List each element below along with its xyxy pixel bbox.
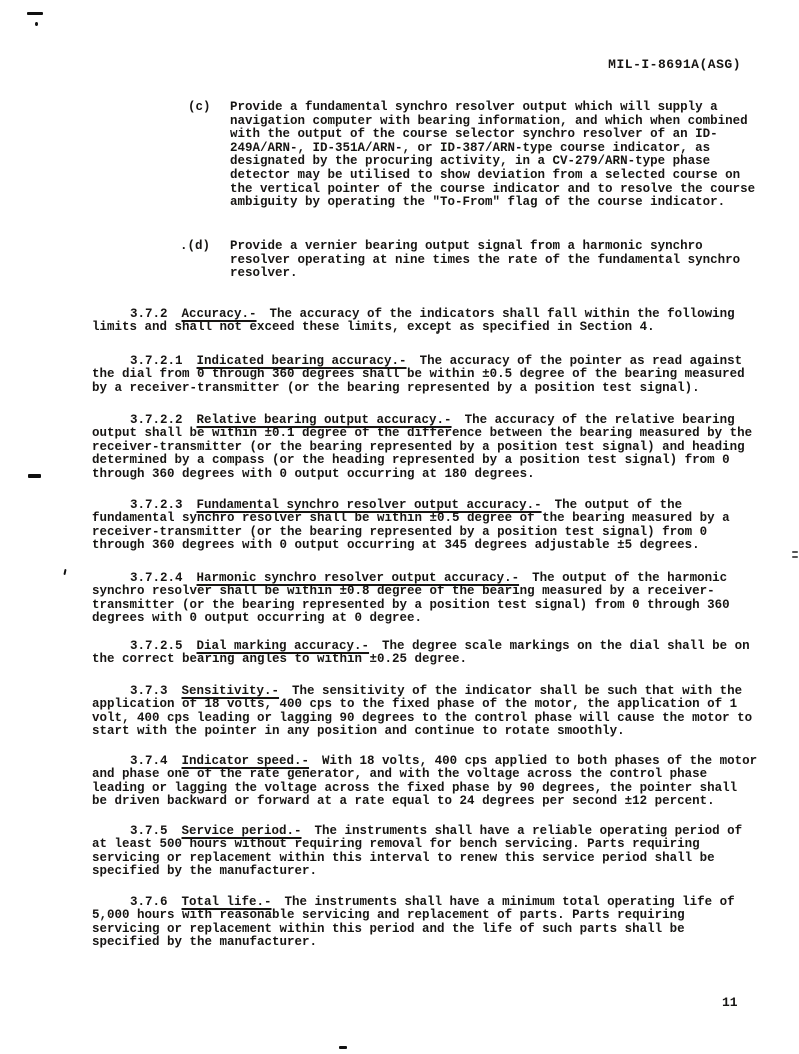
section-heading: Fundamental synchro resolver output accu… <box>197 498 542 512</box>
section-heading: Indicator speed.- <box>182 754 310 768</box>
clause-text: Provide a fundamental synchro resolver o… <box>230 101 760 210</box>
scan-artifact-mark <box>792 551 798 553</box>
section-number: 3.7.2.5 <box>130 639 183 653</box>
clause-label: .(d) <box>180 240 210 254</box>
section-heading: Total life.- <box>182 895 272 909</box>
scan-artifact-dot <box>35 22 38 26</box>
section-heading: Dial marking accuracy.- <box>197 639 370 653</box>
section-3-7-6: 3.7.6Total life.-The instruments shall h… <box>92 896 758 950</box>
section-3-7-2-5: 3.7.2.5Dial marking accuracy.-The degree… <box>92 640 758 667</box>
section-number: 3.7.2.1 <box>130 354 183 368</box>
section-number: 3.7.6 <box>130 895 168 909</box>
clause-d: .(d) Provide a vernier bearing output si… <box>180 240 765 281</box>
section-heading: Indicated bearing accuracy.- <box>197 354 407 368</box>
section-number: 3.7.3 <box>130 684 168 698</box>
section-number: 3.7.2.4 <box>130 571 183 585</box>
clause-c: (c) Provide a fundamental synchro resolv… <box>188 101 773 210</box>
section-number: 3.7.2.3 <box>130 498 183 512</box>
page-number: 11 <box>722 996 738 1010</box>
scan-artifact-tick <box>63 569 66 575</box>
section-heading: Harmonic synchro resolver output accurac… <box>197 571 520 585</box>
section-number: 3.7.5 <box>130 824 168 838</box>
section-heading: Accuracy.- <box>182 307 257 321</box>
section-number: 3.7.2.2 <box>130 413 183 427</box>
scanned-document-page: MIL-I-8691A(ASG) (c) Provide a fundament… <box>0 0 799 1054</box>
section-heading: Service period.- <box>182 824 302 838</box>
clause-text: Provide a vernier bearing output signal … <box>230 240 760 281</box>
scan-artifact-dot <box>339 1046 347 1049</box>
clause-label: (c) <box>188 101 211 115</box>
section-heading: Relative bearing output accuracy.- <box>197 413 452 427</box>
scan-artifact-dash <box>27 12 43 15</box>
section-3-7-2-2: 3.7.2.2Relative bearing output accuracy.… <box>92 414 758 482</box>
section-body: The degree scale markings on the dial sh… <box>92 639 750 667</box>
section-heading: Sensitivity.- <box>182 684 280 698</box>
section-3-7-4: 3.7.4Indicator speed.-With 18 volts, 400… <box>92 755 758 809</box>
section-number: 3.7.4 <box>130 754 168 768</box>
document-number: MIL-I-8691A(ASG) <box>608 58 741 72</box>
section-3-7-3: 3.7.3Sensitivity.-The sensitivity of the… <box>92 685 758 739</box>
section-number: 3.7.2 <box>130 307 168 321</box>
section-3-7-2-1: 3.7.2.1Indicated bearing accuracy.-The a… <box>92 355 758 396</box>
section-3-7-2-4: 3.7.2.4Harmonic synchro resolver output … <box>92 572 758 626</box>
section-3-7-2: 3.7.2Accuracy.-The accuracy of the indic… <box>92 308 758 335</box>
section-body: The accuracy of the pointer as read agai… <box>92 354 745 395</box>
section-3-7-5: 3.7.5Service period.-The instruments sha… <box>92 825 758 879</box>
scan-artifact-mark <box>792 556 798 558</box>
section-3-7-2-3: 3.7.2.3Fundamental synchro resolver outp… <box>92 499 758 553</box>
scan-artifact-dash <box>28 474 41 478</box>
